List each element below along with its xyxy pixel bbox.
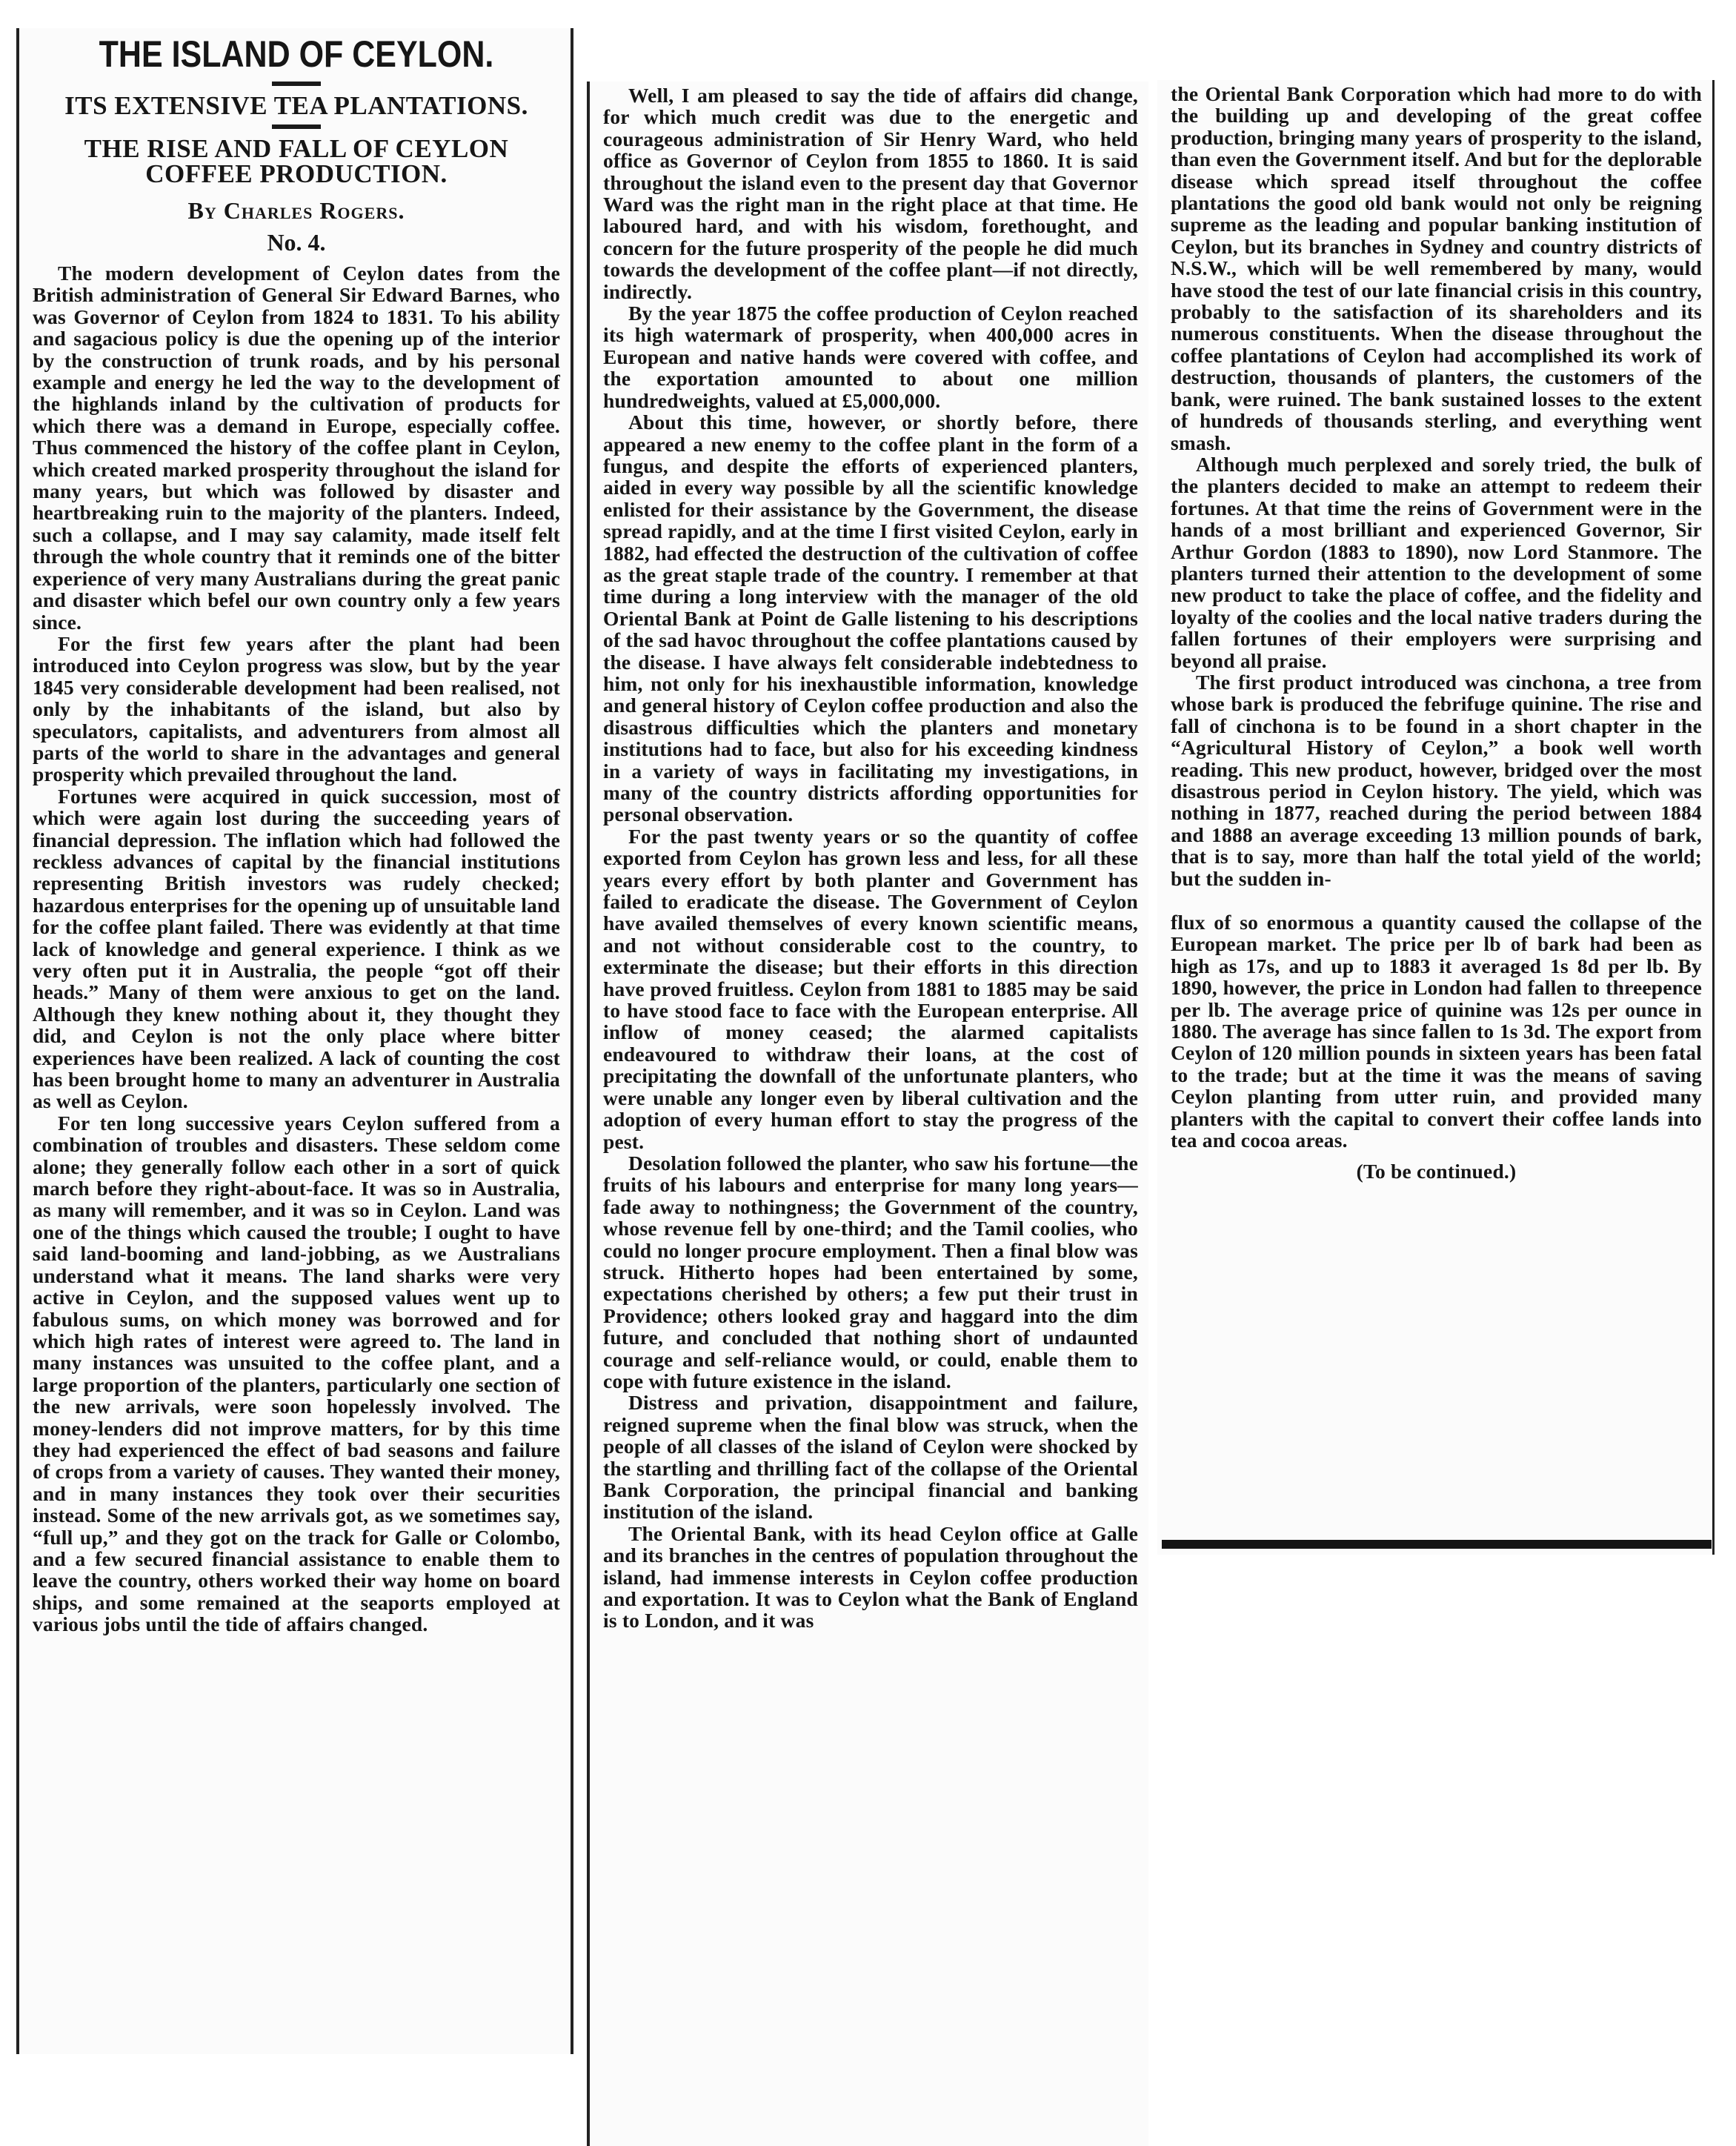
paragraph: Desolation followed the planter, who saw…	[603, 1152, 1138, 1392]
paragraph: flux of so enormous a quantity caused th…	[1171, 911, 1702, 1151]
paragraph: Although much perplexed and sorely tried…	[1171, 454, 1702, 671]
subheadline-coffee: THE RISE AND FALL OF CEYLON COFFEE PRODU…	[33, 136, 560, 187]
paragraph: Well, I am pleased to say the tide of af…	[603, 84, 1138, 302]
paragraph: For the past twenty years or so the quan…	[603, 825, 1138, 1152]
article-column-3: the Oriental Bank Corporation which had …	[1157, 80, 1715, 1555]
paragraph: Fortunes were acquired in quick successi…	[33, 785, 560, 1112]
paragraph: The modern development of Ceylon dates f…	[33, 262, 560, 633]
to-be-continued: (To be continued.)	[1171, 1160, 1702, 1182]
article-column-1: THE ISLAND OF CEYLON. ITS EXTENSIVE TEA …	[16, 28, 573, 2054]
article-end-rule	[1162, 1540, 1712, 1549]
paragraph: The first product introduced was cinchon…	[1171, 671, 1702, 889]
paragraph: For the first few years after the plant …	[33, 633, 560, 785]
paragraph: About this time, however, or shortly bef…	[603, 411, 1138, 825]
paragraph: For ten long successive years Ceylon suf…	[33, 1112, 560, 1635]
paragraph: the Oriental Bank Corporation which had …	[1171, 83, 1702, 454]
headline: THE ISLAND OF CEYLON.	[70, 33, 523, 76]
headline-divider	[272, 82, 321, 86]
subheadline-tea: ITS EXTENSIVE TEA PLANTATIONS.	[33, 93, 560, 119]
paragraph: The Oriental Bank, with its head Ceylon …	[603, 1523, 1138, 1632]
article-column-2: Well, I am pleased to say the tide of af…	[587, 82, 1148, 2146]
byline: By Charles Rogers.	[33, 197, 560, 225]
paragraph: Distress and privation, disappointment a…	[603, 1392, 1138, 1522]
part-number: No. 4.	[33, 229, 560, 256]
paragraph: By the year 1875 the coffee production o…	[603, 302, 1138, 411]
subheadline-divider	[272, 124, 321, 129]
